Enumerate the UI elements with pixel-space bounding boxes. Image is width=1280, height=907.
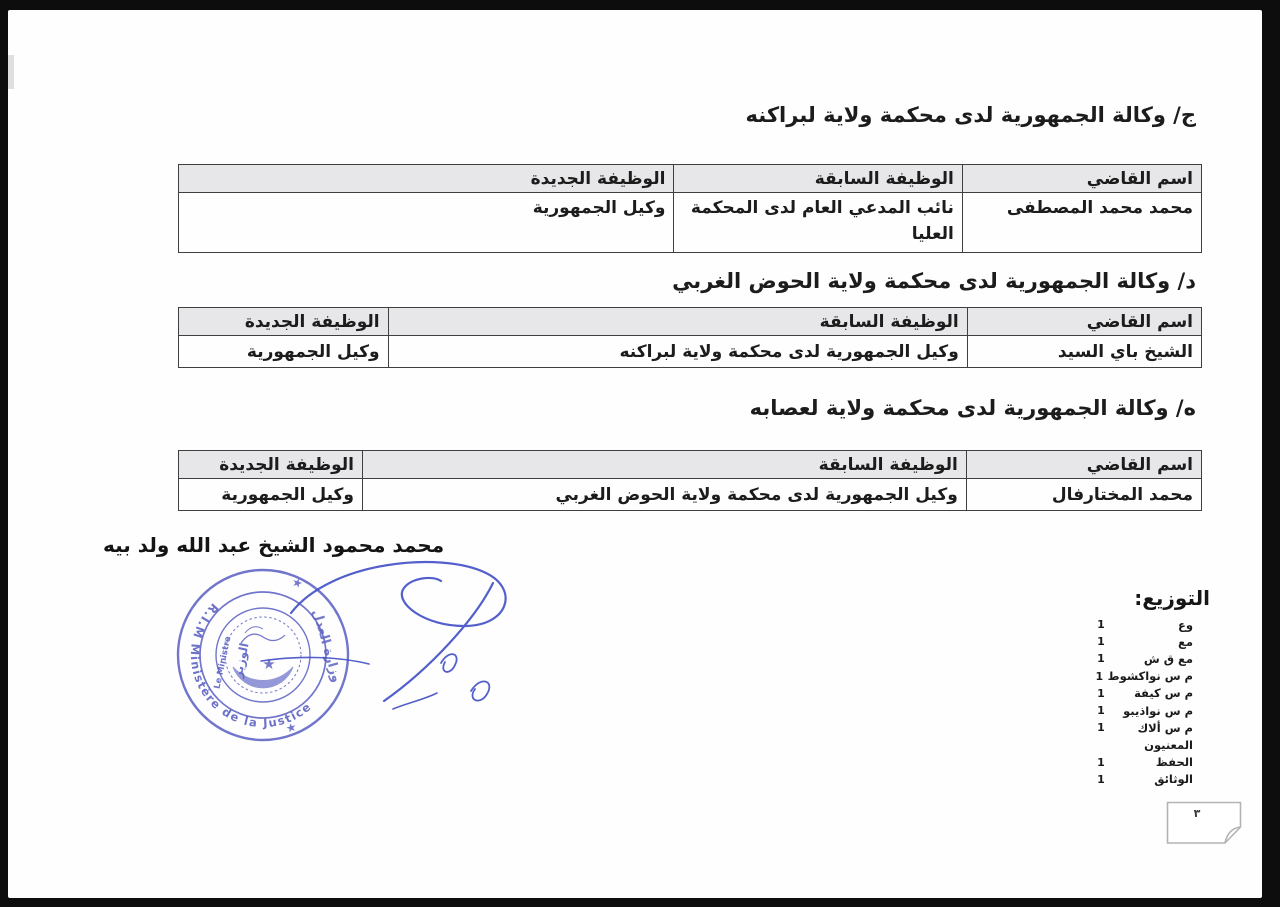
- table-header-row: اسم القاضي الوظيفة السابقة الوظيفة الجدي…: [179, 165, 1202, 193]
- stamp-ring-text-arabic: وزارة العدل: [309, 608, 344, 684]
- distribution-item: الحفظ1: [1091, 754, 1193, 771]
- section-heading-c: ه/ وكالة الجمهورية لدى محكمة ولاية لعصاب…: [750, 396, 1196, 420]
- column-header-previous-position: الوظيفة السابقة: [674, 165, 962, 193]
- distribution-item-count: 1: [1091, 704, 1111, 717]
- distribution-item: المعنيون: [1091, 736, 1193, 753]
- star-icon: ★: [262, 655, 275, 673]
- distribution-item-count: 1: [1091, 652, 1111, 665]
- distribution-item: م س نواذيبو1: [1091, 702, 1193, 719]
- column-header-previous-position: الوظيفة السابقة: [363, 451, 967, 479]
- distribution-item-label: مع ق ش: [1144, 652, 1193, 666]
- column-header-new-position: الوظيفة الجديدة: [179, 308, 389, 336]
- distribution-item: م س كيفة1: [1091, 685, 1193, 702]
- column-header-judge-name: اسم القاضي: [967, 308, 1201, 336]
- stamp-graphic: R.I.M Ministère de la Justice ★ ★ ★ الوز…: [141, 543, 541, 755]
- distribution-item: الوثائق1: [1091, 771, 1193, 788]
- distribution-item-label: مع: [1178, 635, 1193, 649]
- scan-artifact: [8, 55, 14, 89]
- column-header-judge-name: اسم القاضي: [966, 451, 1201, 479]
- distribution-item-label: الوثائق: [1154, 772, 1193, 786]
- section-heading-a: ج/ وكالة الجمهورية لدى محكمة ولاية لبراك…: [746, 103, 1196, 127]
- appointments-table-c: اسم القاضي الوظيفة السابقة الوظيفة الجدي…: [178, 450, 1202, 511]
- judge-name-cell: محمد المختارفال: [966, 479, 1201, 511]
- previous-position-cell: نائب المدعي العام لدى المحكمة العليا: [674, 193, 962, 253]
- distribution-item-count: 1: [1091, 670, 1108, 683]
- distribution-item-count: 1: [1091, 773, 1111, 786]
- table-row: محمد المختارفال وكيل الجمهورية لدى محكمة…: [179, 479, 1202, 511]
- table-header-row: اسم القاضي الوظيفة السابقة الوظيفة الجدي…: [179, 451, 1202, 479]
- table-header-row: اسم القاضي الوظيفة السابقة الوظيفة الجدي…: [179, 308, 1202, 336]
- section-heading-b: د/ وكالة الجمهورية لدى محكمة ولاية الحوض…: [672, 269, 1196, 293]
- page-number: ٣: [1166, 807, 1228, 820]
- star-icon: ★: [290, 575, 305, 592]
- column-header-previous-position: الوظيفة السابقة: [388, 308, 967, 336]
- distribution-item-label: المعنيون: [1144, 738, 1193, 752]
- distribution-item: وع1: [1091, 616, 1193, 633]
- distribution-item-label: الحفظ: [1156, 755, 1193, 769]
- previous-position-cell: وكيل الجمهورية لدى محكمة ولاية لبراكنه: [388, 336, 967, 368]
- judge-name-cell: محمد محمد المصطفى: [962, 193, 1201, 253]
- judge-name-cell: الشيخ باي السيد: [967, 336, 1201, 368]
- column-header-new-position: الوظيفة الجديدة: [179, 165, 674, 193]
- document-page: ج/ وكالة الجمهورية لدى محكمة ولاية لبراك…: [8, 10, 1262, 898]
- distribution-title: التوزيع:: [1134, 586, 1210, 610]
- distribution-item-label: م س كيفة: [1134, 686, 1193, 700]
- distribution-item-label: م س نواكشوط: [1108, 669, 1193, 683]
- distribution-item-label: م س ألاك: [1138, 721, 1193, 735]
- page-number-badge: ٣: [1166, 801, 1246, 845]
- distribution-item-label: م س نواذيبو: [1123, 704, 1193, 718]
- distribution-item: مع1: [1091, 633, 1193, 650]
- stamp-title-arabic: الوزير: [230, 642, 252, 680]
- distribution-item: مع ق ش1: [1091, 650, 1193, 667]
- table-row: محمد محمد المصطفى نائب المدعي العام لدى …: [179, 193, 1202, 253]
- emblem-palm-squiggle: [245, 627, 263, 633]
- distribution-item: م س ألاك1: [1091, 719, 1193, 736]
- column-header-judge-name: اسم القاضي: [962, 165, 1201, 193]
- appointments-table-a: اسم القاضي الوظيفة السابقة الوظيفة الجدي…: [178, 164, 1202, 253]
- new-position-cell: وكيل الجمهورية: [179, 193, 674, 253]
- distribution-item-count: 1: [1091, 721, 1111, 734]
- new-position-cell: وكيل الجمهورية: [179, 336, 389, 368]
- distribution-item-count: 1: [1091, 756, 1111, 769]
- new-position-cell: وكيل الجمهورية: [179, 479, 363, 511]
- emblem-palm-squiggle: [241, 634, 285, 643]
- ministry-stamp: R.I.M Ministère de la Justice ★ ★ ★ الوز…: [141, 543, 541, 755]
- scanned-document-screenshot: { "sections": [ { "heading": "ج/ وكالة ا…: [0, 0, 1280, 907]
- distribution-item-count: 1: [1091, 618, 1111, 631]
- table-row: الشيخ باي السيد وكيل الجمهورية لدى محكمة…: [179, 336, 1202, 368]
- stamp-title-french: Le Ministre: [213, 635, 234, 690]
- column-header-new-position: الوظيفة الجديدة: [179, 451, 363, 479]
- appointments-table-b: اسم القاضي الوظيفة السابقة الوظيفة الجدي…: [178, 307, 1202, 368]
- distribution-item-count: 1: [1091, 687, 1111, 700]
- distribution-item: م س نواكشوط1: [1091, 668, 1193, 685]
- distribution-item-count: 1: [1091, 635, 1111, 648]
- distribution-item-label: وع: [1178, 618, 1193, 632]
- previous-position-cell: وكيل الجمهورية لدى محكمة ولاية الحوض الغ…: [363, 479, 967, 511]
- distribution-list: وع1مع1مع ق ش1م س نواكشوط1م س كيفة1م س نو…: [1091, 616, 1193, 788]
